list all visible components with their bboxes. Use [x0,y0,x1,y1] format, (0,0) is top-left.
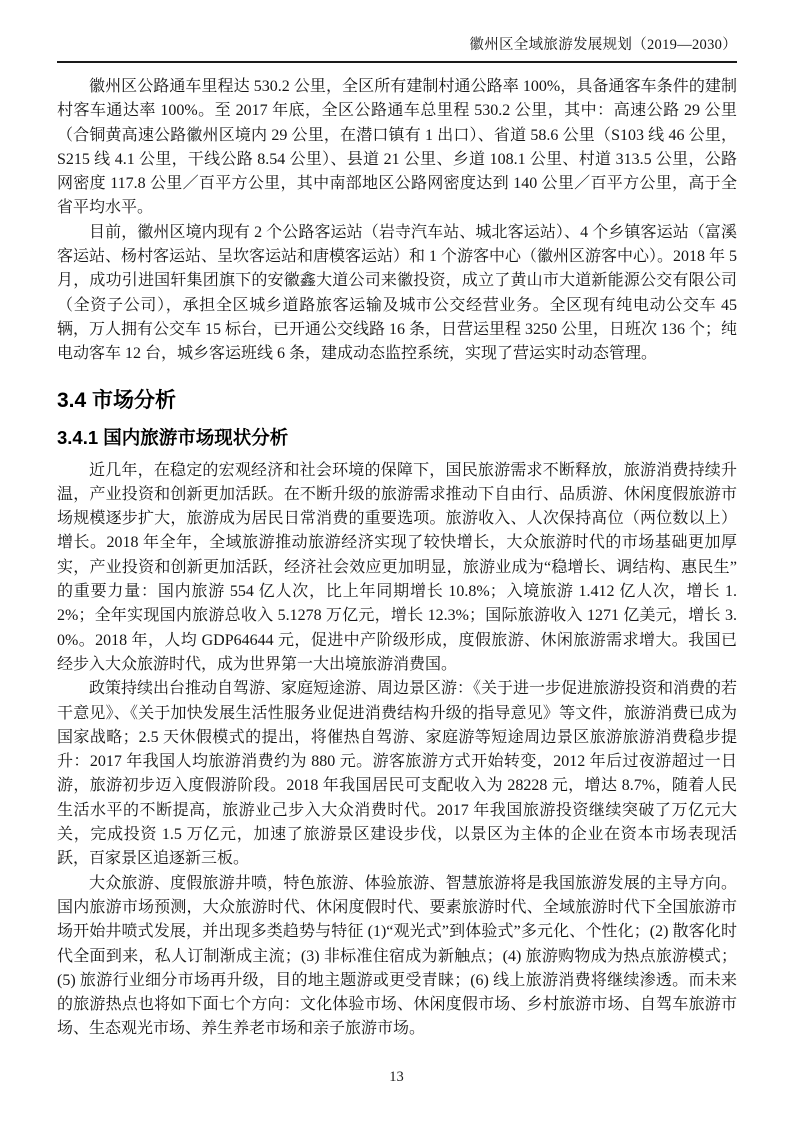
paragraph-policy-consumption: 政策持续出台推动自驾游、家庭短途游、周边景区游：《关于进一步促进旅游投资和消费的… [57,677,737,871]
section-heading-market-analysis: 3.4 市场分析 [57,389,737,413]
subsection-heading-domestic-tourism: 3.4.1 国内旅游市场现状分析 [57,427,737,449]
document-page: 徽州区全域旅游发展规划（2019—2030） 徽州区公路通车里程达 530.2 … [0,0,793,1122]
paragraph-transport-stations: 目前，徽州区境内现有 2 个公路客运站（岩寺汽车站、城北客运站）、4 个乡镇客运… [57,221,737,367]
paragraph-tourism-growth: 近几年，在稳定的宏观经济和社会环境的保障下，国民旅游需求不断释放，旅游消费持续升… [57,459,737,678]
document-body: 徽州区公路通车里程达 530.2 公里，全区所有建制村通公路率 100%，具备通… [57,75,737,1042]
running-header-title: 徽州区全域旅游发展规划（2019—2030） [57,36,737,63]
page-number: 13 [0,1069,793,1086]
paragraph-road-network: 徽州区公路通车里程达 530.2 公里，全区所有建制村通公路率 100%，具备通… [57,75,737,221]
paragraph-market-trends: 大众旅游、度假旅游井喷，特色旅游、体验旅游、智慧旅游将是我国旅游发展的主导方向。… [57,872,737,1042]
